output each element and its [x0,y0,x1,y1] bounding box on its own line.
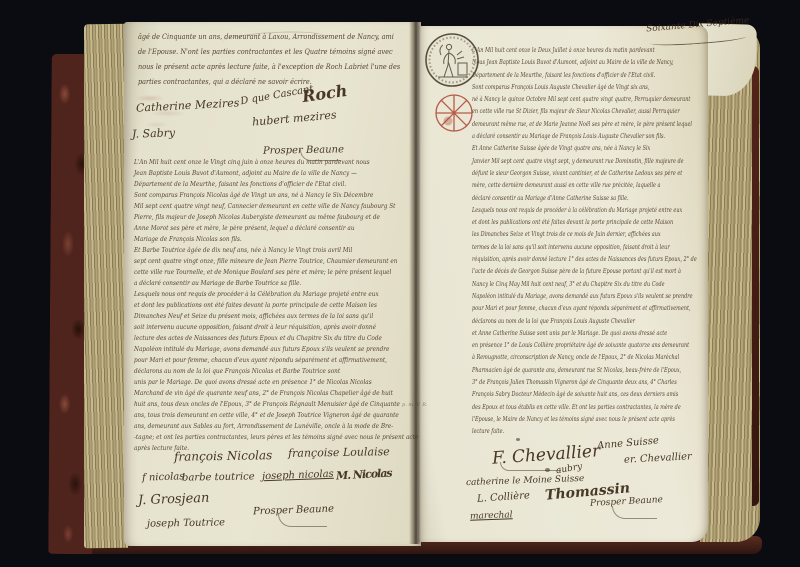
handwritten-line: cette ville rue Tournelle, et de Monique… [134,267,384,278]
handwritten-line: à Remugnotte, circonscription de Nancy, … [472,351,648,363]
gutter-annotation: p. m. V. R. [402,402,428,408]
handwritten-line: défunt le sieur Georgon Suisse, vivant c… [472,167,648,179]
allegorical-figure-tax-stamp-icon [424,31,481,90]
handwritten-line: Département de la Meurthe, faisant les f… [472,69,648,81]
handwritten-line: Marchand de vin âgé de quarante neuf ans… [134,388,384,399]
handwritten-line: lecture faite. [472,425,648,437]
handwritten-line: âgé de Cinquante un ans, demeurant à Lax… [138,30,397,45]
handwritten-line: Mariage de François Nicolas son fils. [134,234,384,245]
handwritten-line: ans, demeurant aux Sables au fort, Arron… [134,421,384,432]
handwritten-line: mère, cette dernière demeurant aussi en … [472,179,648,191]
handwritten-line: lecture des actes de Naissances des futu… [134,333,384,344]
handwritten-line: les Dimanches Seize et Vingt trois de ce… [472,228,648,240]
handwritten-line: en présence 1° de Louis Collière proprié… [472,339,648,351]
ink-flourish [300,150,341,161]
handwritten-line: Lesquels nous ont requis de procéder à l… [134,289,384,300]
handwritten-line: pour Mari et pour femme, chacun d'eux ay… [472,302,648,314]
handwritten-line: Napoléon intitulé du Mariage, avons dema… [472,290,648,302]
signature: barbe toutrice [182,471,255,483]
signature: J. Grosjean [138,491,210,508]
handwritten-line: sept cent quatre vingt onze, fille mineu… [134,256,384,267]
handwritten-line: L'An Mil huit cent onze le Vingt cinq ju… [134,157,384,168]
right-page-edges [700,30,760,542]
register-photo: âgé de Cinquante un ans, demeurant à Lax… [0,0,800,567]
handwritten-line: -tagne; et ont les parties contractantes… [134,432,384,443]
handwritten-line: Et Anne Catherine Suisse âgée de Vingt q… [472,142,648,154]
previous-act-text: âgé de Cinquante un ans, demeurant à Lax… [138,30,416,90]
handwritten-line: Nancy le Cinq May Mil huit cent neuf, 3°… [472,278,648,290]
red-wheel-stamp-icon [432,91,476,135]
handwritten-line: pour Mari et pour femme, chacun d'eux ay… [134,355,384,366]
handwritten-line: Sont comparus François Louis Auguste Che… [472,81,648,93]
handwritten-line: termes de la loi sans qu'il soit interve… [472,241,648,253]
handwritten-line: Pharmacien âgé de quarante ans, demeuran… [472,364,648,376]
handwritten-line: parties contractantes, qui a déclaré ne … [138,75,397,90]
handwritten-line: a déclaré consentir au Mariage de Barbe … [134,278,384,289]
handwritten-line: déclarons au nom de la loi que François … [134,366,384,377]
handwritten-line: 3° de François Julien Thomassin Vigneron… [472,376,648,388]
signature: joseph Toutrice [147,517,225,529]
handwritten-line: L'An Mil huit cent onze le Deux Juillet … [472,44,648,56]
handwritten-line: huit ans, tous deux oncles de l'Epoux, 3… [134,399,384,410]
handwritten-line: et Anne Catherine Suisse sont unis par l… [472,327,648,339]
signature: françois Nicolas [174,448,272,464]
handwritten-line: nous le présent acte après lecture faite… [138,60,397,75]
handwritten-line: réquisition, après avoir donné lecture 1… [472,253,648,265]
handwritten-line: et dont les publications ont été faites … [134,300,384,311]
handwritten-line: Pierre, fils majeur de Joseph Nicolas Au… [134,212,384,223]
handwritten-line: né à Nancy le quinze Octobre Mil sept ce… [472,93,648,105]
signature: marechal [470,510,513,521]
left-page-edges [84,24,128,548]
handwritten-line: Nous Jean Baptiste Louis Buvot d'Aumont,… [472,56,648,68]
signature: françoise Loulaise [288,445,390,460]
handwritten-line: en cette ville rue St Dizier, fils majeu… [472,105,648,117]
handwritten-line: des Epoux et tous établis en cette ville… [472,401,648,413]
signature: f nicolas [142,471,185,483]
handwritten-line: Département de la Meurthe, faisant les f… [134,179,384,190]
ink-flourish [500,462,561,471]
handwritten-line: Sont comparus François Nicolas âgé de Vi… [134,190,384,201]
handwritten-line: soit intervenu aucune opposition, faisan… [134,322,384,333]
handwritten-line: Dimanches Neuf et Seize du présent mois,… [134,311,384,322]
handwritten-line: Mil sept cent quatre vingt neuf, Canneci… [134,201,384,212]
ink-flourish [612,506,657,519]
handwritten-line: déclaré consentir au Mariage d'Anne Cath… [472,192,648,204]
marriage-act-right: L'An Mil huit cent onze le Deux Juillet … [472,44,704,438]
handwritten-line: a déclaré consentir au Mariage de Franço… [472,130,648,142]
handwritten-line: Et Barbe Toutrice âgée de dix neuf ans, … [134,245,384,256]
handwritten-line: Lesquels nous ont requis de procéder à l… [472,204,648,216]
handwritten-line: Janvier Mil sept cent quatre vingt sept,… [472,155,648,167]
handwritten-line: déclarons au nom de la loi que François … [472,315,648,327]
handwritten-line: l'Epouse, le Maire de Nancy et les témoi… [472,413,648,425]
ink-blot [545,468,550,472]
marriage-act-left: L'An Mil huit cent onze le Vingt cinq ju… [134,157,418,454]
ink-flourish [278,514,327,527]
handwritten-line: demeurant même rue, et de Marie Jeanne N… [472,118,648,130]
handwritten-line: de l'Epouse. N'ont les parties contracta… [138,45,397,60]
handwritten-line: Jean Baptiste Louis Buvot d'Aumont, adjo… [134,168,384,179]
signature: J. Sabry [132,126,176,140]
handwritten-line: l'acte de décès de Georgon Suisse père d… [472,265,648,277]
handwritten-line: unis par le Mariage. De quoi avons dress… [134,377,384,388]
handwritten-line: Napoléon intitulé du Mariage, avons dema… [134,344,384,355]
ink-blot [516,438,520,441]
handwritten-line: Anne Morot ses père et mère, le père pré… [134,223,384,234]
handwritten-line: François Sabry Docteur Médecin âgé de so… [472,388,648,400]
handwritten-line: ans, tous trois demeurant en cette ville… [134,410,384,421]
handwritten-line: et dont les publications ont été faites … [472,216,648,228]
